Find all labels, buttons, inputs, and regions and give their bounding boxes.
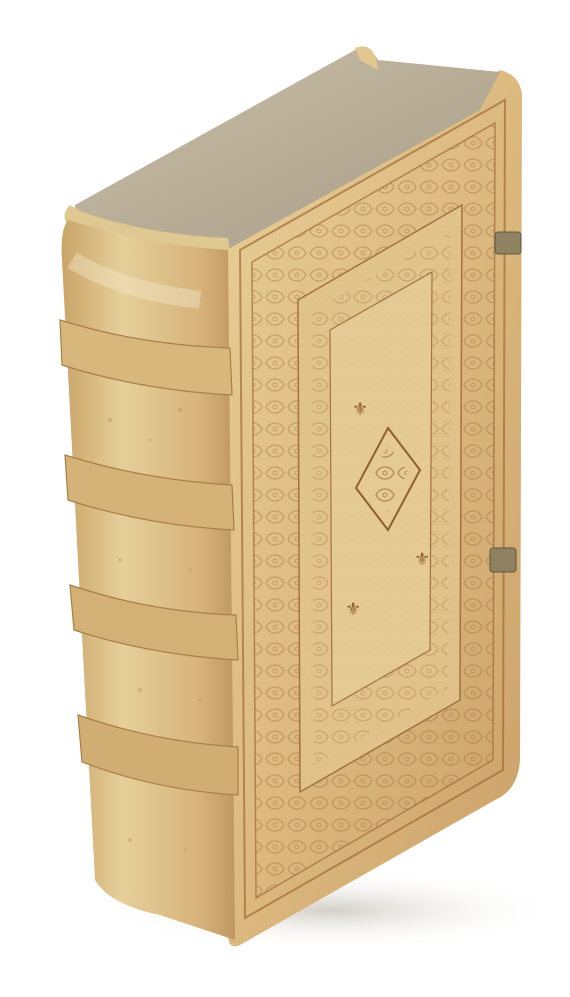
clasp-bottom: [490, 548, 516, 572]
fleuron-icon: ⚜: [352, 399, 368, 420]
fleuron-icon: ⚜: [345, 599, 361, 620]
book-photo: ⚜ ⚜ ⚜: [0, 0, 570, 997]
spine: [60, 220, 238, 940]
fleuron-icon: ⚜: [414, 549, 430, 570]
clasp-top: [495, 232, 521, 254]
book-illustration: ⚜ ⚜ ⚜: [0, 0, 570, 997]
